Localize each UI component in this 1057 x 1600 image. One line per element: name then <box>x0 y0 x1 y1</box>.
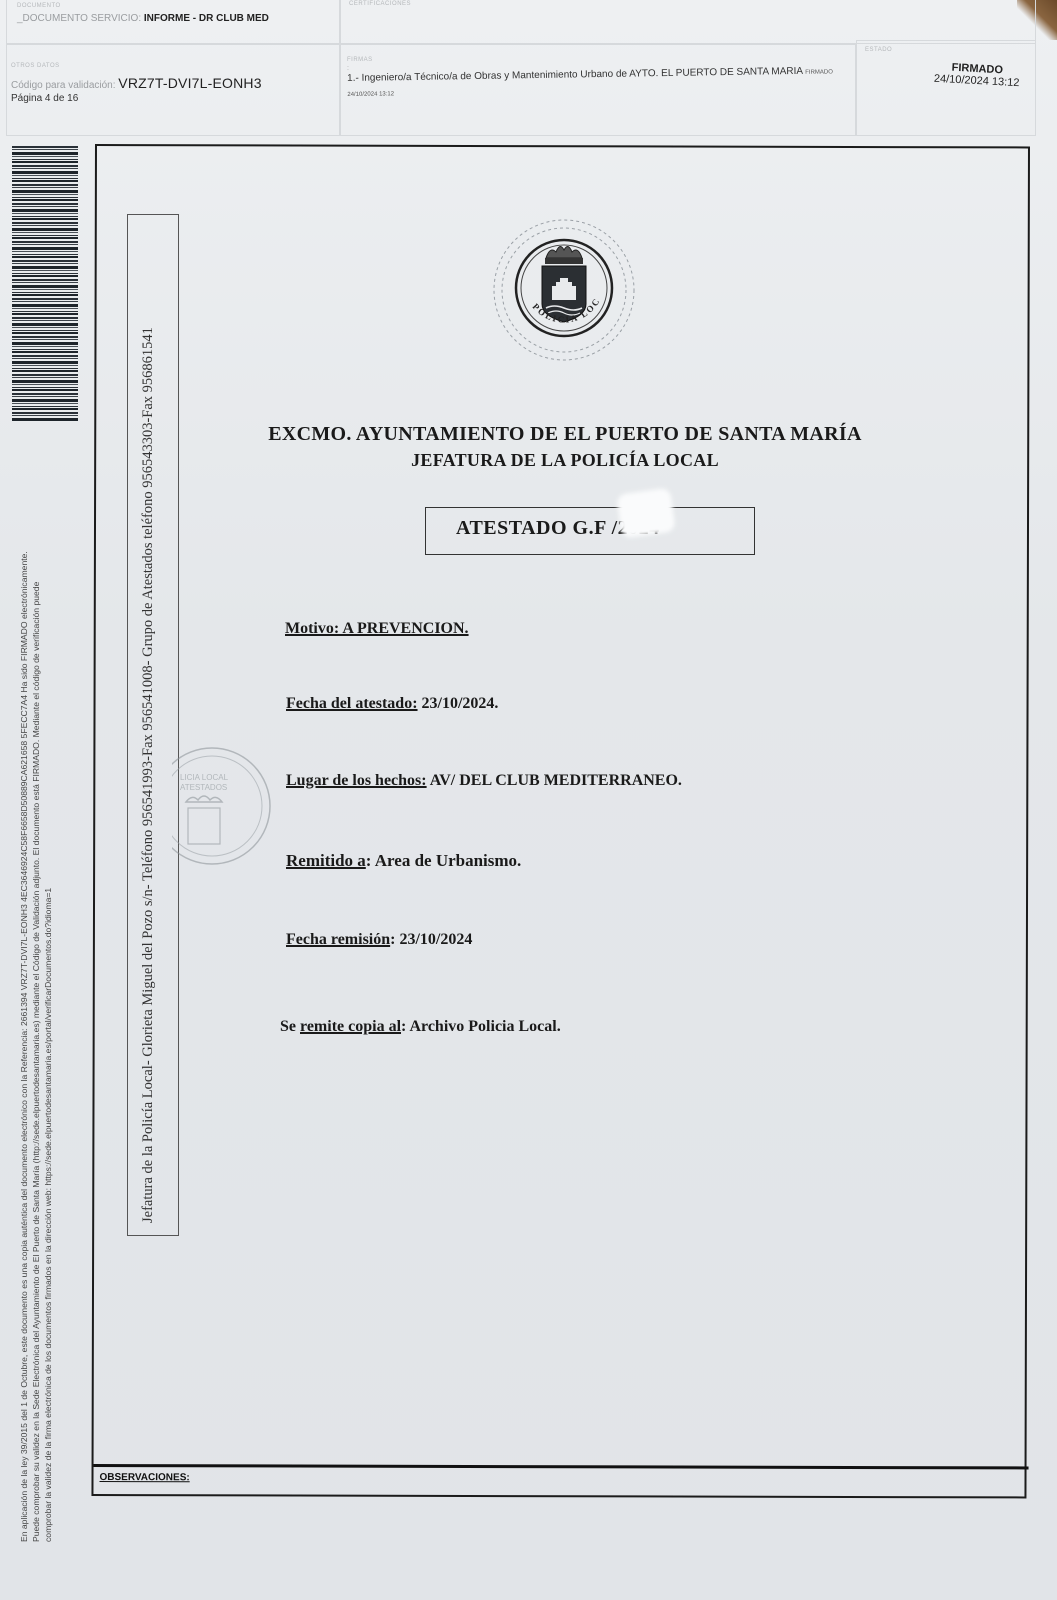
svg-text:LICIA LOCAL: LICIA LOCAL <box>180 773 229 782</box>
municipality-title: EXCMO. AYUNTAMIENTO DE EL PUERTO DE SANT… <box>240 423 890 446</box>
estado-label: ESTADO <box>865 47 892 53</box>
firmas-cell: FIRMAS : 1.- Ingeniero/a Técnico/a de Ob… <box>340 44 856 136</box>
official-stamp-icon: LICIA LOCAL ATESTADOS <box>172 736 272 872</box>
field-fecha-atestado: Fecha del atestado: 23/10/2024. <box>286 695 498 713</box>
firmas-label: FIRMAS <box>347 57 373 63</box>
certificaciones-cell: CERTIFICACIONES <box>340 0 1036 44</box>
otros-datos-cell: OTROS DATOS Código para validación: VRZ7… <box>6 44 340 136</box>
police-emblem-icon: POLICIA LOCAL <box>488 200 640 370</box>
field-fecha-remision: Fecha remisión: 23/10/2024 <box>286 931 472 949</box>
field-copia: Se remite copia al: Archivo Policia Loca… <box>280 1018 561 1036</box>
contact-sidebar-text: Jefatura de la Policía Local- Glorieta M… <box>140 327 157 1223</box>
field-lugar-hechos: Lugar de los hechos: AV/ DEL CLUB MEDITE… <box>286 772 682 790</box>
otros-datos-label: OTROS DATOS <box>11 63 60 69</box>
legal-notice-line-1: En aplicación de la ley 39/2015 del 1 de… <box>18 551 30 1542</box>
scanned-page: DOCUMENTO _DOCUMENTO SERVICIO: INFORME -… <box>0 0 1057 1600</box>
certificaciones-label: CERTIFICACIONES <box>349 1 411 7</box>
page-number: Página 4 de 16 <box>11 93 78 104</box>
estado-status: FIRMADO 24/10/2024 13:12 <box>916 60 1037 90</box>
estado-cell: ESTADO FIRMADO 24/10/2024 13:12 <box>856 40 1036 136</box>
barcode-icon <box>12 146 78 422</box>
observaciones-label: OBSERVACIONES: <box>99 1472 189 1483</box>
documento-label: DOCUMENTO <box>17 3 61 9</box>
documento-cell: DOCUMENTO _DOCUMENTO SERVICIO: INFORME -… <box>6 0 340 44</box>
atestado-number-box: ATESTADO G.F /2024 <box>425 507 755 555</box>
validation-code: Código para validación: VRZ7T-DVI7L-EONH… <box>11 75 262 91</box>
contact-sidebar: Jefatura de la Policía Local- Glorieta M… <box>127 214 179 1236</box>
svg-text:ATESTADOS: ATESTADOS <box>180 783 227 792</box>
redaction-mark <box>616 487 676 538</box>
field-motivo: Motivo: A PREVENCION. <box>285 620 469 638</box>
documento-value: _DOCUMENTO SERVICIO: INFORME - DR CLUB M… <box>17 13 269 24</box>
observaciones-divider <box>94 1464 1029 1469</box>
legal-notice-line-3: comprobar la validez de la firma electró… <box>42 888 54 1542</box>
legal-notice-line-2: Puede comprobar su validez en la Sede El… <box>30 582 42 1542</box>
field-remitido-a: Remitido a: Area de Urbanismo. <box>286 851 521 871</box>
signer-entry: 1.- Ingeniero/a Técnico/a de Obras y Man… <box>347 64 857 102</box>
signature-header: DOCUMENTO _DOCUMENTO SERVICIO: INFORME -… <box>6 0 1036 138</box>
police-dept-title: JEFATURA DE LA POLICÍA LOCAL <box>240 450 890 471</box>
